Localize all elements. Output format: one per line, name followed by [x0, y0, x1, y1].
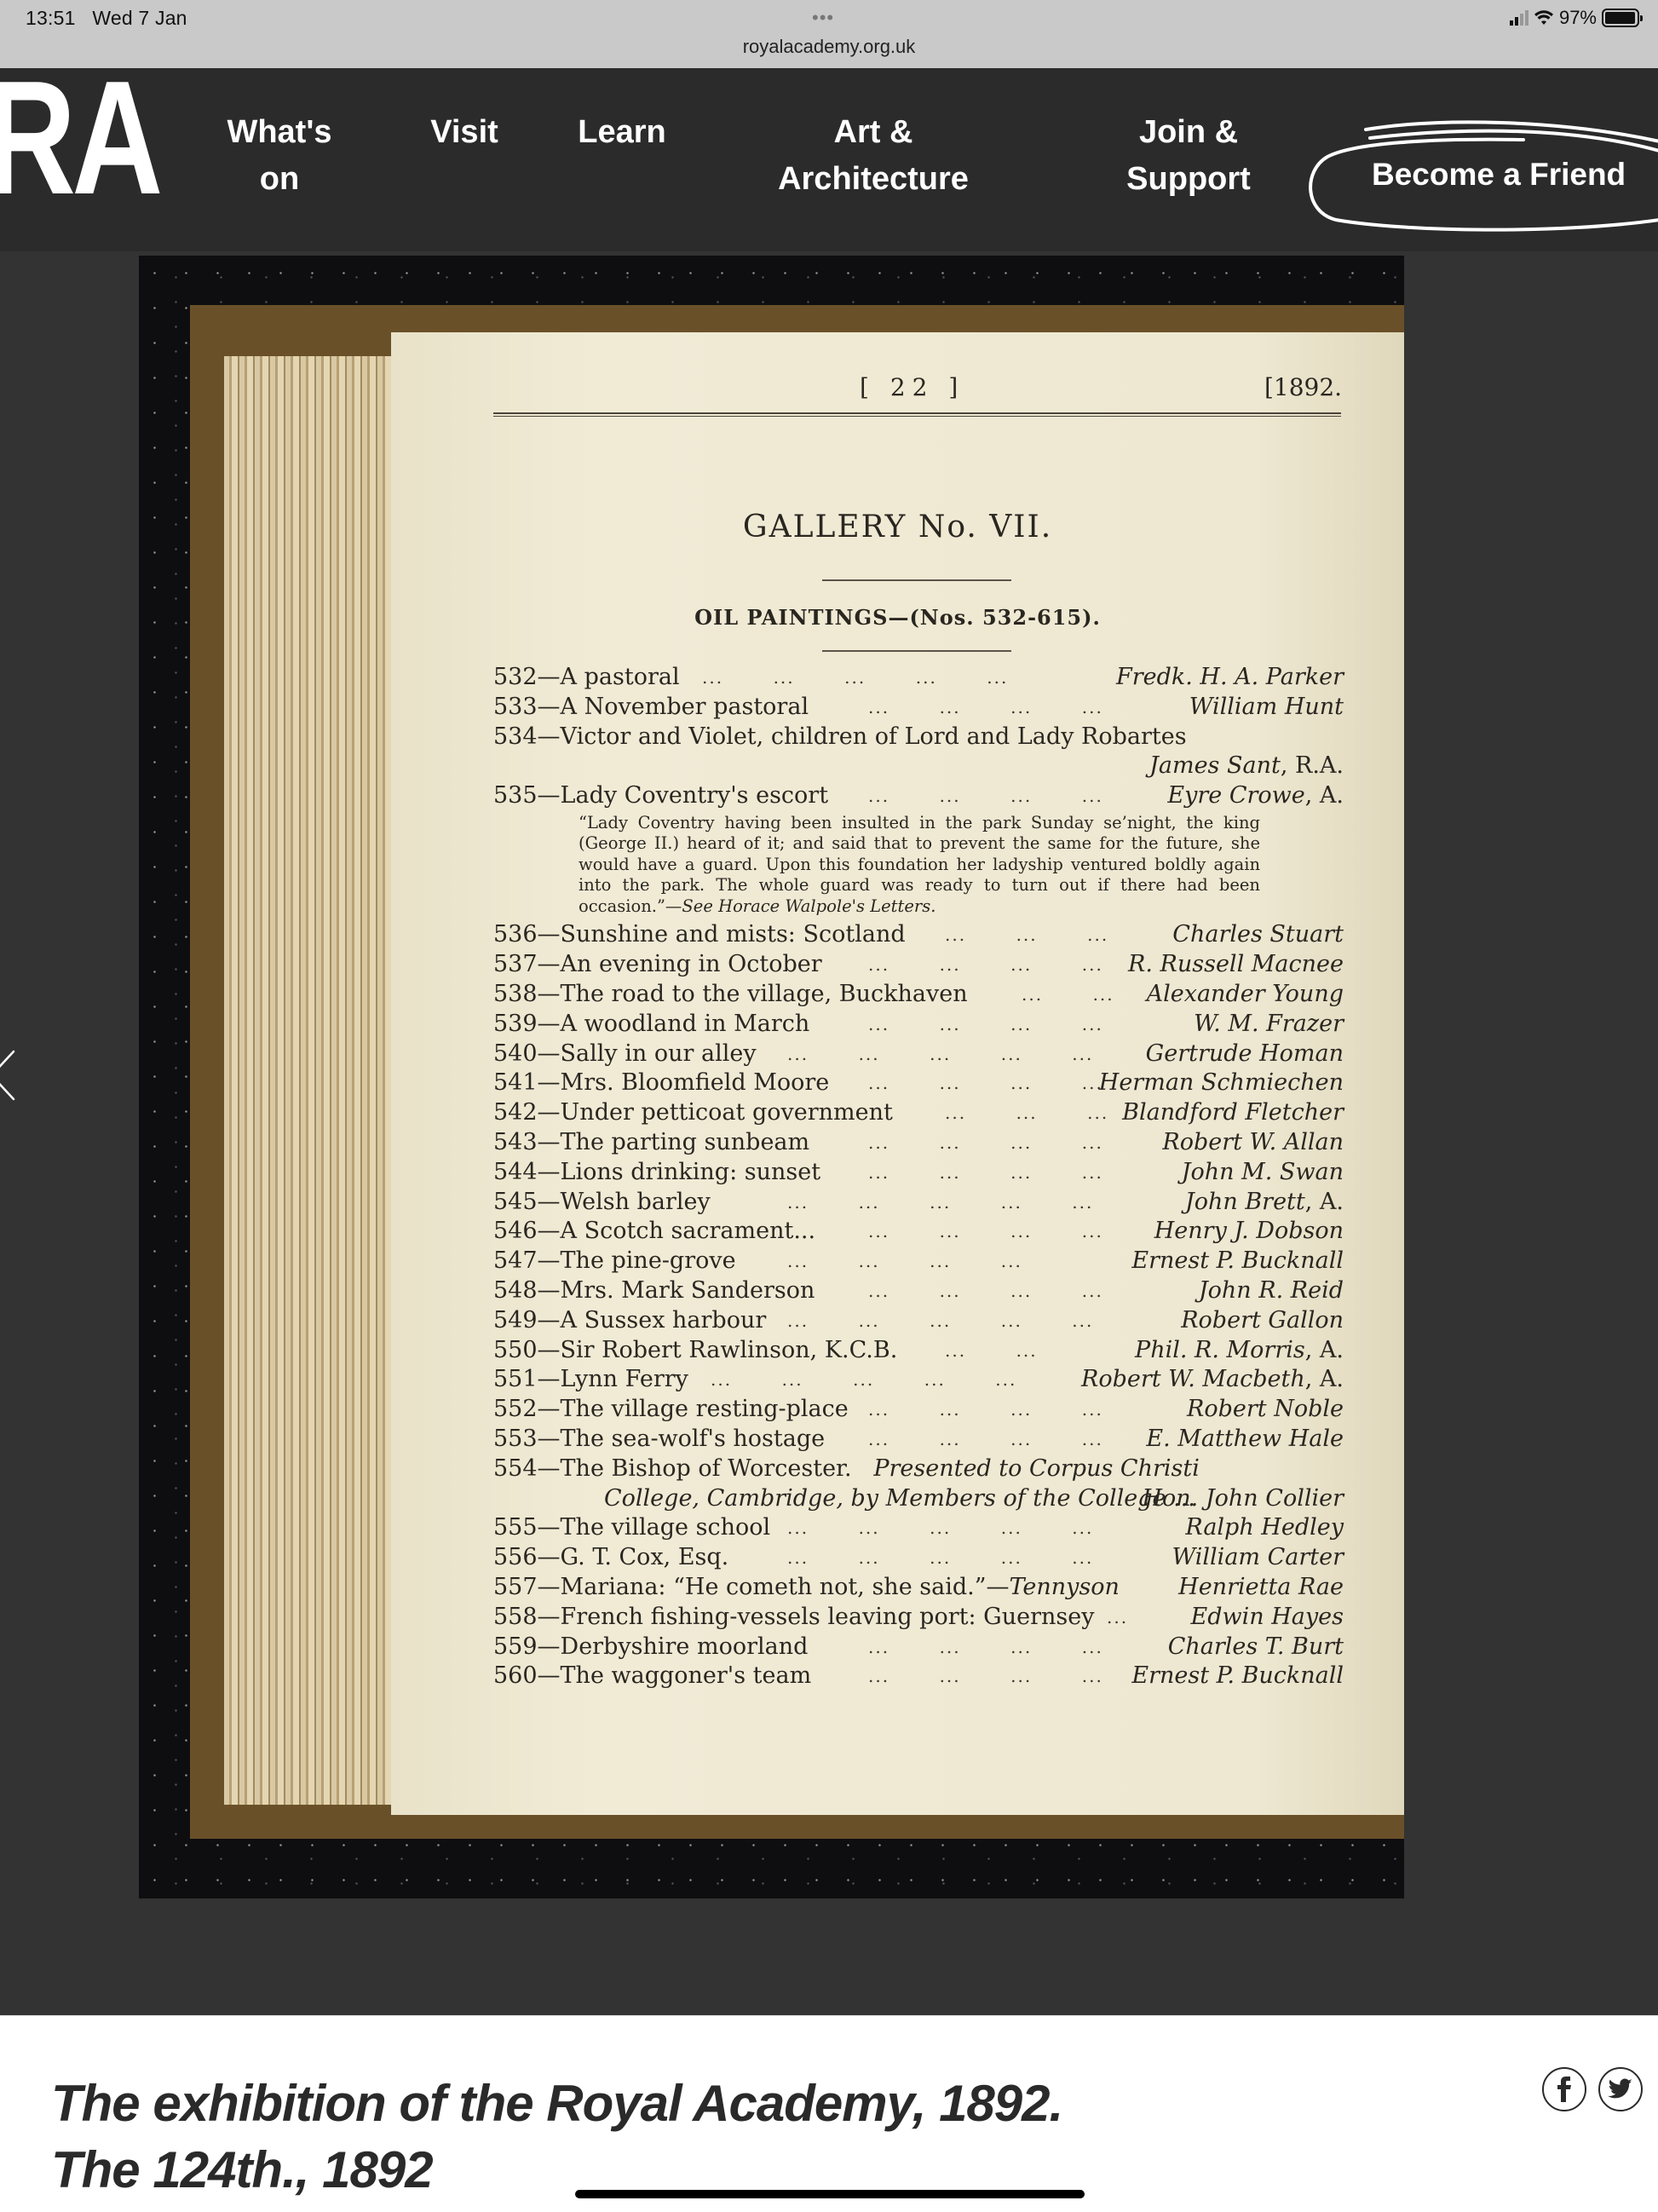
catalogue-entry: 553—The sea-wolf's hostage ... ... ... .… [493, 1425, 1344, 1455]
item-caption: The exhibition of the Royal Academy, 189… [0, 2015, 1658, 2212]
artist-name: Blandford Fletcher [1122, 1098, 1344, 1128]
catalogue-entry: 551—Lynn Ferry ... ... ... ... ... Rober… [493, 1365, 1344, 1395]
leader-dots: ... ... ... ... [868, 693, 1103, 723]
leader-dots: ... ... ... ... [868, 1633, 1103, 1662]
leader-dots: ... ... ... ... [787, 1247, 1022, 1276]
nav-visit[interactable]: Visit [426, 109, 503, 156]
leader-dots: ... ... ... ... ... [702, 663, 1008, 693]
artist-name: Ralph Hedley [1185, 1513, 1344, 1543]
leader-dots: ... ... ... ... ... [787, 1543, 1093, 1573]
page-year: [1892. [1264, 373, 1342, 401]
header-rule [493, 412, 1341, 417]
artist-name: Henrietta Rae [1178, 1573, 1344, 1603]
leader-dots: ... ... ... ... [868, 1395, 1103, 1425]
catalogue-entry: 549—A Sussex harbour ... ... ... ... ...… [493, 1306, 1344, 1336]
nav-whats-on-label: What's on [227, 114, 331, 197]
cellular-signal-icon [1510, 10, 1528, 26]
catalogue-entry: 560—The waggoner's team ... ... ... ... … [493, 1662, 1344, 1691]
artist-name: Ernest P. Bucknall [1131, 1247, 1344, 1276]
home-indicator[interactable] [575, 2190, 1085, 2198]
catalogue-entry: 544—Lions drinking: sunset ... ... ... .… [493, 1158, 1344, 1188]
catalogue-entry: 540—Sally in our alley ... ... ... ... .… [493, 1040, 1344, 1069]
artist-name: Robert W. Macbeth, A. [1081, 1365, 1344, 1395]
leader-dots: ... ... [1022, 980, 1114, 1010]
leader-dots: ... ... [945, 1336, 1038, 1366]
chevron-left-icon[interactable] [0, 1048, 17, 1103]
leader-dots: ... ... ... [945, 1098, 1108, 1128]
artist-name: Henry J. Dobson [1154, 1217, 1344, 1247]
catalogue-entry: 554—The Bishop of Worcester. Presented t… [493, 1455, 1344, 1484]
page-number: [ 22 ] [860, 373, 964, 401]
leader-dots: ... ... ... ... ... [787, 1188, 1093, 1218]
leader-dots: ... ... ... ... [868, 1010, 1103, 1040]
status-time: 13:51 Wed 7 Jan [26, 7, 187, 30]
artist-name: Charles T. Burt [1168, 1633, 1344, 1662]
artist-name: William Hunt [1189, 693, 1344, 723]
artist-name: Robert W. Allan [1162, 1128, 1344, 1158]
book-scan-image[interactable]: [ 22 ] [1892. GALLERY No. VII. OIL PAINT… [139, 256, 1404, 1898]
facebook-share-button[interactable] [1542, 2067, 1586, 2111]
browser-menu-dots[interactable]: ••• [812, 7, 834, 29]
nav-learn[interactable]: Learn [573, 109, 671, 156]
artist-name: W. M. Frazer [1194, 1010, 1344, 1040]
artist-name: Fredk. H. A. Parker [1116, 663, 1344, 693]
catalogue-entry: 547—The pine-grove ... ... ... ... Ernes… [493, 1247, 1344, 1276]
gallery-title: GALLERY No. VII. [391, 510, 1404, 544]
artist-name: Robert Noble [1187, 1395, 1344, 1425]
entry-quotation: “Lady Coventry having been insulted in t… [579, 813, 1260, 918]
twitter-icon [1608, 2078, 1633, 2100]
leader-dots: ... ... ... ... [868, 1069, 1103, 1098]
artist-name: Ernest P. Bucknall [1131, 1662, 1344, 1691]
catalogue-entry: 535—Lady Coventry's escort ... ... ... .… [493, 781, 1344, 811]
item-title: The exhibition of the Royal Academy, 189… [51, 2071, 1062, 2203]
catalogue-entry: 542—Under petticoat government ... ... .… [493, 1098, 1344, 1128]
leader-dots: ... [1107, 1603, 1128, 1633]
leader-dots: ... ... ... ... ... [787, 1306, 1093, 1336]
catalogue-entry: 558—French fishing-vessels leaving port:… [493, 1603, 1344, 1633]
item-title-line1: The exhibition of the Royal Academy, 189… [51, 2071, 1062, 2137]
artist-name: John M. Swan [1182, 1158, 1344, 1188]
leader-dots: ... ... ... ... [868, 1662, 1103, 1691]
leader-dots: ... ... ... [945, 920, 1108, 950]
catalogue-entry: 533—A November pastoral ... ... ... ... … [493, 693, 1344, 723]
address-bar-url[interactable]: royalacademy.org.uk [0, 36, 1658, 58]
artist-name: Robert Gallon [1181, 1306, 1344, 1336]
leader-dots: ... ... ... ... ... [711, 1365, 1016, 1395]
catalogue-entry: 559—Derbyshire moorland ... ... ... ... … [493, 1633, 1344, 1662]
book-page: [ 22 ] [1892. GALLERY No. VII. OIL PAINT… [391, 332, 1404, 1815]
leader-dots: ... ... ... ... [868, 1425, 1103, 1455]
catalogue-entry: 548—Mrs. Mark Sanderson ... ... ... ... … [493, 1276, 1344, 1306]
nav-art-architecture-label: Art & Architecture [778, 114, 969, 197]
leader-dots: ... ... ... ... [868, 781, 1103, 811]
catalogue-entry: 539—A woodland in March ... ... ... ... … [493, 1010, 1344, 1040]
leader-dots: ... ... ... ... [868, 1128, 1103, 1158]
catalogue-entry: 550—Sir Robert Rawlinson, K.C.B. ... ...… [493, 1336, 1344, 1366]
leader-dots: ... ... ... ... [868, 1158, 1103, 1188]
wifi-icon [1534, 9, 1554, 26]
ra-logo[interactable]: RA [0, 70, 159, 206]
become-a-friend-label: Become a Friend [1372, 157, 1626, 193]
artist-name: John Brett, A. [1185, 1188, 1344, 1218]
artist-name: Charles Stuart [1172, 920, 1344, 950]
leader-dots: ... ... ... ... [868, 1276, 1103, 1306]
catalogue-entry: 555—The village school ... ... ... ... .… [493, 1513, 1344, 1543]
nav-visit-label: Visit [430, 114, 498, 150]
artist-name: John R. Reid [1199, 1276, 1344, 1306]
nav-art-architecture[interactable]: Art & Architecture [767, 109, 980, 203]
leader-dots: ... ... ... ... ... [787, 1040, 1093, 1069]
catalogue-entry: 541—Mrs. Bloomfield Moore ... ... ... ..… [493, 1069, 1344, 1098]
divider [822, 579, 1011, 581]
artist-name: Edwin Hayes [1191, 1603, 1344, 1633]
catalogue-entry: 557—Mariana: “He cometh not, she said.”—… [493, 1573, 1344, 1603]
artist-name: Eyre Crowe, A. [1167, 781, 1344, 811]
artist-name: E. Matthew Hale [1146, 1425, 1344, 1455]
artist-name: Herman Schmiechen [1099, 1069, 1344, 1098]
twitter-share-button[interactable] [1598, 2067, 1643, 2111]
status-bar: 13:51 Wed 7 Jan ••• royalacademy.org.uk … [0, 0, 1658, 68]
leader-dots: ... ... ... ... ... [787, 1513, 1093, 1543]
artist-name: R. Russell Macnee [1128, 950, 1344, 980]
catalogue-entry: 532—A pastoral ... ... ... ... ... Fredk… [493, 663, 1344, 693]
catalogue-entry: 556—G. T. Cox, Esq. ... ... ... ... ... … [493, 1543, 1344, 1573]
divider [822, 650, 1011, 652]
book-page-edges [224, 356, 394, 1805]
section-subtitle: OIL PAINTINGS—(Nos. 532-615). [391, 605, 1404, 630]
catalogue-entry: 545—Welsh barley ... ... ... ... ... Joh… [493, 1188, 1344, 1218]
battery-percent: 97% [1559, 7, 1597, 29]
nav-learn-label: Learn [578, 114, 665, 150]
facebook-icon [1556, 2077, 1573, 2102]
catalogue-entry: 543—The parting sunbeam ... ... ... ... … [493, 1128, 1344, 1158]
catalogue-entry-continuation: College, Cambridge, by Members of the Co… [493, 1484, 1344, 1514]
artist-name: Gertrude Homan [1146, 1040, 1344, 1069]
catalogue-entry: 536—Sunshine and mists: Scotland ... ...… [493, 920, 1344, 950]
site-header: RA What's on Visit Learn Art & Architect… [0, 68, 1658, 251]
catalogue-entry: 537—An evening in October ... ... ... ..… [493, 950, 1344, 980]
status-indicators: 97% [1510, 7, 1639, 29]
leader-dots: ... ... ... ... [868, 1217, 1103, 1247]
catalogue-entry: 552—The village resting-place ... ... ..… [493, 1395, 1344, 1425]
artist-name: Phil. R. Morris, A. [1135, 1336, 1344, 1366]
nav-join-support-label: Join & Support [1126, 114, 1251, 197]
battery-icon [1602, 9, 1639, 27]
leader-dots: ... ... ... ... [868, 950, 1103, 980]
become-a-friend-button[interactable]: Become a Friend [1302, 119, 1658, 234]
artist-name: William Carter [1172, 1543, 1344, 1573]
nav-join-support[interactable]: Join & Support [1116, 109, 1261, 203]
artist-name: Hon. John Collier [1142, 1484, 1344, 1514]
catalogue-entry: 534—Victor and Violet, children of Lord … [493, 723, 1344, 752]
catalogue-entry: 546—A Scotch sacrament... ... ... ... ..… [493, 1217, 1344, 1247]
nav-whats-on[interactable]: What's on [220, 109, 339, 203]
catalogue-entries: 532—A pastoral ... ... ... ... ... Fredk… [493, 663, 1344, 1691]
artist-name: Alexander Young [1147, 980, 1344, 1010]
catalogue-entry-continuation: James Sant, R.A. [493, 752, 1344, 781]
catalogue-entry: 538—The road to the village, Buckhaven .… [493, 980, 1344, 1010]
